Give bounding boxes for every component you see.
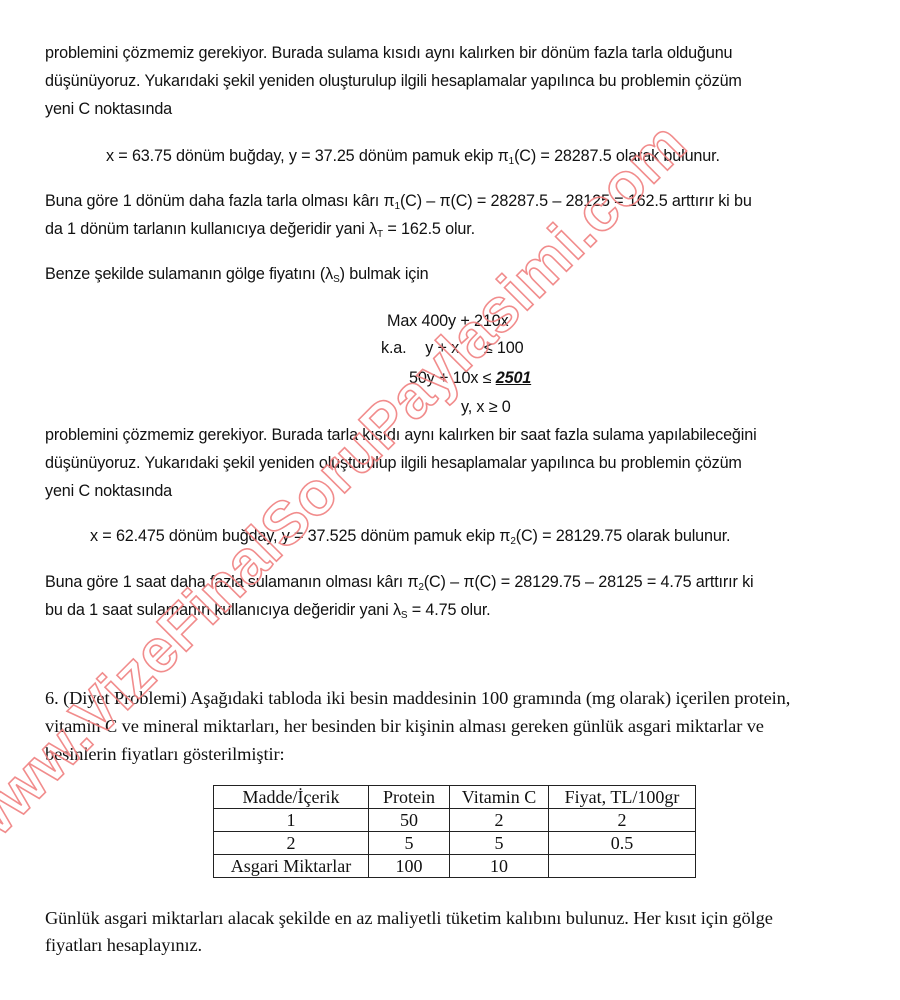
paragraph-line: düşünüyoruz. Yukarıdaki şekil yeniden ol… xyxy=(45,71,742,91)
table-row: Asgari Miktarlar 100 10 xyxy=(214,855,696,878)
table-cell: 0.5 xyxy=(549,832,696,855)
table-row: 1 50 2 2 xyxy=(214,809,696,832)
problem-6-question: Günlük asgari miktarları alacak şekilde … xyxy=(45,908,773,928)
paragraph-line: düşünüyoruz. Yukarıdaki şekil yeniden ol… xyxy=(45,453,742,473)
lp-constraint-1: k.a. y + x ≤ 100 xyxy=(381,338,523,358)
paragraph-line: problemini çözmemiz gerekiyor. Burada su… xyxy=(45,43,732,63)
paragraph-line: yeni C noktasında xyxy=(45,99,172,119)
table-cell: 5 xyxy=(369,832,450,855)
table-cell: 50 xyxy=(369,809,450,832)
problem-6-intro: vitamin C ve mineral miktarları, her bes… xyxy=(45,716,764,736)
table-cell: 1 xyxy=(214,809,369,832)
table-cell: 2 xyxy=(450,809,549,832)
table-cell: 2 xyxy=(549,809,696,832)
problem-6-question: fiyatları hesaplayınız. xyxy=(45,935,202,955)
result-equation-2: x = 62.475 dönüm buğday, y = 37.525 dönü… xyxy=(90,526,730,546)
table-cell xyxy=(549,855,696,878)
table-row: 2 5 5 0.5 xyxy=(214,832,696,855)
table-header: Madde/İçerik xyxy=(214,786,369,809)
table-cell: 2 xyxy=(214,832,369,855)
highlighted-rhs: 2501 xyxy=(496,369,531,387)
problem-6-intro: 6. (Diyet Problemi) Aşağıdaki tabloda ik… xyxy=(45,688,790,708)
paragraph-line: bu da 1 saat sulamanın kullanıcıya değer… xyxy=(45,600,491,620)
paragraph-line: da 1 dönüm tarlanın kullanıcıya değeridi… xyxy=(45,219,475,239)
table-cell: Asgari Miktarlar xyxy=(214,855,369,878)
table-header: Vitamin C xyxy=(450,786,549,809)
lp-constraint-2: 50y + 10x ≤ 2501 xyxy=(409,368,531,388)
paragraph-line: Benze şekilde sulamanın gölge fiyatını (… xyxy=(45,264,429,284)
table-cell: 10 xyxy=(450,855,549,878)
table-cell: 100 xyxy=(369,855,450,878)
table-header: Fiyat, TL/100gr xyxy=(549,786,696,809)
lp-objective: Max 400y + 210x xyxy=(387,311,508,331)
diet-table: Madde/İçerik Protein Vitamin C Fiyat, TL… xyxy=(213,785,696,878)
paragraph-line: yeni C noktasında xyxy=(45,481,172,501)
result-equation-1: x = 63.75 dönüm buğday, y = 37.25 dönüm … xyxy=(106,146,720,166)
table-header: Protein xyxy=(369,786,450,809)
table-header-row: Madde/İçerik Protein Vitamin C Fiyat, TL… xyxy=(214,786,696,809)
lp-nonnegativity: y, x ≥ 0 xyxy=(461,397,511,417)
paragraph-line: Buna göre 1 dönüm daha fazla tarla olmas… xyxy=(45,191,752,211)
problem-6-intro: besinlerin fiyatları gösterilmiştir: xyxy=(45,744,285,764)
paragraph-line: Buna göre 1 saat daha fazla sulamanın ol… xyxy=(45,572,753,592)
paragraph-line: problemini çözmemiz gerekiyor. Burada ta… xyxy=(45,425,757,445)
table-cell: 5 xyxy=(450,832,549,855)
document-page: problemini çözmemiz gerekiyor. Burada su… xyxy=(0,0,900,1000)
